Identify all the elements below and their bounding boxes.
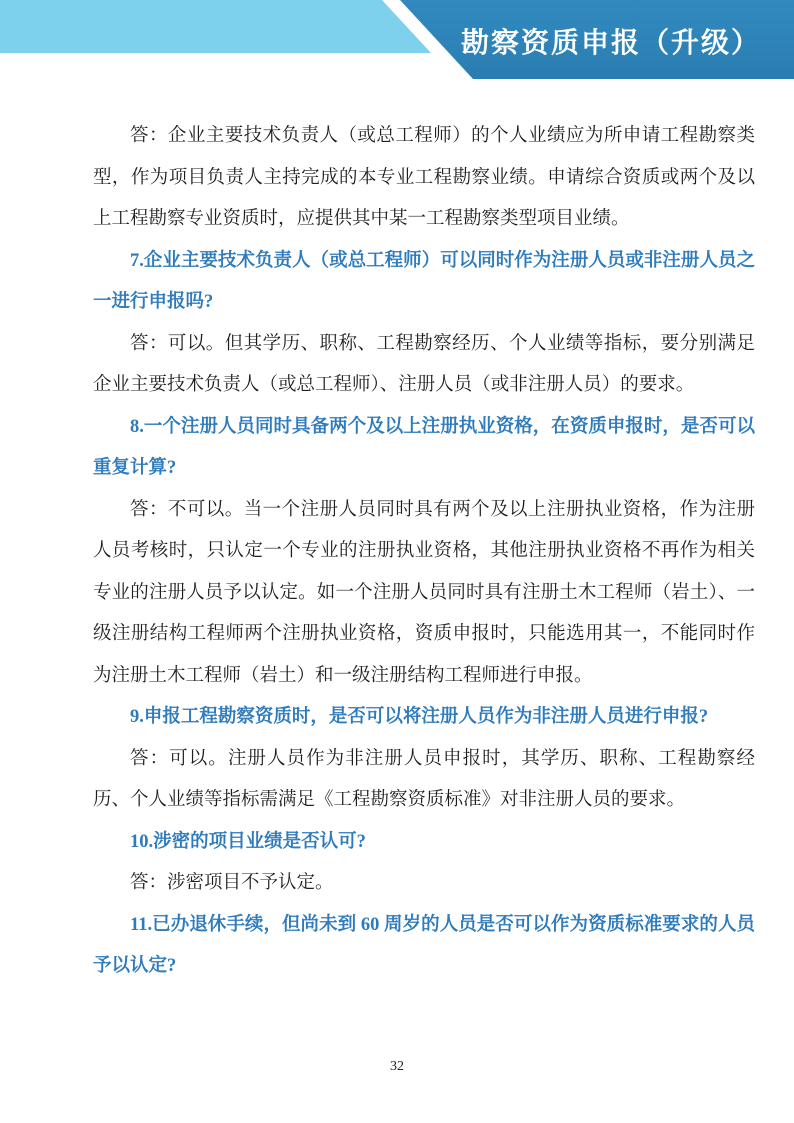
question-paragraph: 11.已办退休手续，但尚未到 60 周岁的人员是否可以作为资质标准要求的人员予以… (93, 905, 755, 988)
question-paragraph: 9.申报工程勘察资质时，是否可以将注册人员作为非注册人员进行申报? (93, 697, 755, 739)
answer-paragraph: 答：企业主要技术负责人（或总工程师）的个人业绩应为所申请工程勘察类型，作为项目负… (93, 116, 755, 241)
answer-paragraph: 答：可以。注册人员作为非注册人员申报时，其学历、职称、工程勘察经历、个人业绩等指… (93, 739, 755, 822)
question-paragraph: 7.企业主要技术负责人（或总工程师）可以同时作为注册人员或非注册人员之一进行申报… (93, 241, 755, 324)
question-paragraph: 8.一个注册人员同时具备两个及以上注册执业资格，在资质申报时，是否可以重复计算? (93, 407, 755, 490)
page-header-title: 勘察资质申报（升级） (461, 21, 761, 61)
qa-content: 答：企业主要技术负责人（或总工程师）的个人业绩应为所申请工程勘察类型，作为项目负… (93, 116, 755, 988)
answer-paragraph: 答：可以。但其学历、职称、工程勘察经历、个人业绩等指标，要分别满足企业主要技术负… (93, 324, 755, 407)
header-band-light (0, 0, 431, 53)
header-band-dark: 勘察资质申报（升级） (400, 0, 794, 79)
answer-paragraph: 答：涉密项目不予认定。 (93, 863, 755, 905)
document-page: 勘察资质申报（升级） 答：企业主要技术负责人（或总工程师）的个人业绩应为所申请工… (0, 0, 794, 1123)
question-paragraph: 10.涉密的项目业绩是否认可? (93, 822, 755, 864)
answer-paragraph: 答：不可以。当一个注册人员同时具有两个及以上注册执业资格，作为注册人员考核时，只… (93, 490, 755, 698)
page-number: 32 (0, 1059, 794, 1075)
